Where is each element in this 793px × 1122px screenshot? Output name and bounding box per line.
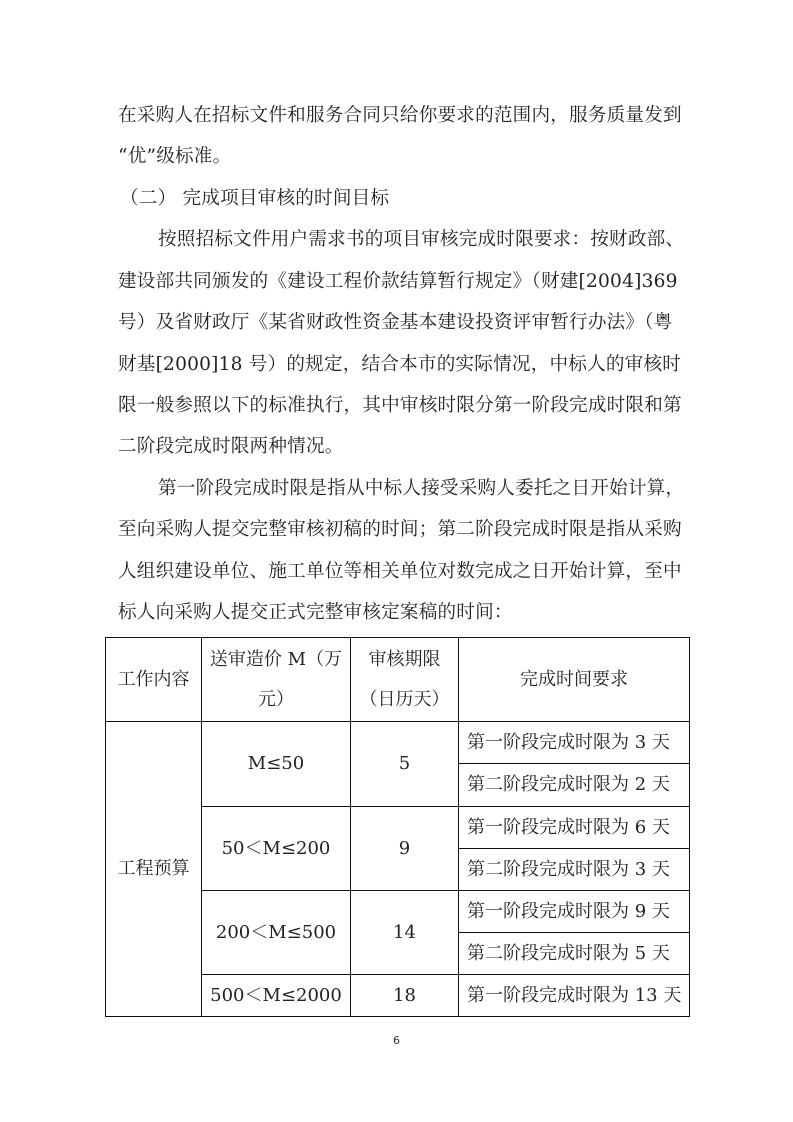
requirement-cell: 第二阶段完成时限为 2 天 [459, 764, 690, 807]
header-requirement: 完成时间要求 [459, 638, 690, 722]
requirement-cell: 第二阶段完成时限为 5 天 [459, 933, 690, 975]
body-text-line: 建设部共同颁发的《建设工程价款结算暂行规定》（财建[2004]369 [118, 270, 678, 294]
header-period-line2: （日历天） [351, 680, 458, 720]
days-cell: 14 [351, 891, 459, 975]
requirement-cell: 第一阶段完成时限为 6 天 [459, 807, 690, 849]
requirement-cell: 第一阶段完成时限为 3 天 [459, 722, 690, 764]
header-price: 送审造价 M（万 元） [202, 638, 351, 722]
review-time-table: 工作内容 送审造价 M（万 元） 审核期限 （日历天） 完成时间要求 工程预算 … [105, 637, 690, 1017]
body-text-line: 限一般参照以下的标准执行，其中审核时限分第一阶段完成时限和第 [118, 394, 678, 418]
body-text-line: 按照招标文件用户需求书的项目审核完成时限要求：按财政部、 [158, 228, 718, 252]
days-cell: 18 [351, 975, 459, 1017]
body-text-line: 号）及省财政厅《某省财政性资金基本建设投资评审暂行办法》（粤 [118, 311, 678, 335]
price-range-cell: 500＜M≤2000 [202, 975, 351, 1017]
requirement-cell: 第一阶段完成时限为 13 天 [459, 975, 690, 1017]
header-period: 审核期限 （日历天） [351, 638, 459, 722]
body-text-line: 在采购人在招标文件和服务合同只给你要求的范围内，服务质量发到 [118, 104, 678, 128]
header-period-line1: 审核期限 [351, 640, 458, 680]
body-text-line: 至向采购人提交完整审核初稿的时间；第二阶段完成时限是指从采购 [118, 518, 678, 542]
body-text-line: 标人向采购人提交正式完整审核定案稿的时间： [118, 601, 678, 625]
requirement-cell: 第一阶段完成时限为 9 天 [459, 891, 690, 933]
work-content-cell: 工程预算 [106, 722, 202, 1017]
body-text-line: 第一阶段完成时限是指从中标人接受采购人委托之日开始计算， [158, 477, 718, 501]
days-cell: 9 [351, 807, 459, 891]
requirement-cell: 第二阶段完成时限为 3 天 [459, 849, 690, 891]
price-range-cell: 200＜M≤500 [202, 891, 351, 975]
table-header-row: 工作内容 送审造价 M（万 元） 审核期限 （日历天） 完成时间要求 [106, 638, 690, 722]
page-number: 6 [0, 1034, 793, 1047]
header-price-line1: 送审造价 M（万 [202, 640, 350, 680]
body-text-line: “优”级标准。 [118, 145, 678, 169]
header-work-content: 工作内容 [106, 638, 202, 722]
body-text-line: 人组织建设单位、施工单位等相关单位对数完成之日开始计算，至中 [118, 560, 678, 584]
table-row: 工程预算 M≤50 5 第一阶段完成时限为 3 天 [106, 722, 690, 764]
document-page: 在采购人在招标文件和服务合同只给你要求的范围内，服务质量发到 “优”级标准。 （… [0, 0, 793, 1122]
body-text-line: 财基[2000]18 号）的规定，结合本市的实际情况，中标人的审核时 [118, 353, 678, 377]
header-price-line2: 元） [202, 680, 350, 720]
body-text-line: 二阶段完成时限两种情况。 [118, 435, 678, 459]
price-range-cell: M≤50 [202, 722, 351, 807]
price-range-cell: 50＜M≤200 [202, 807, 351, 891]
days-cell: 5 [351, 722, 459, 807]
section-heading: （二） 完成项目审核的时间目标 [120, 187, 680, 211]
